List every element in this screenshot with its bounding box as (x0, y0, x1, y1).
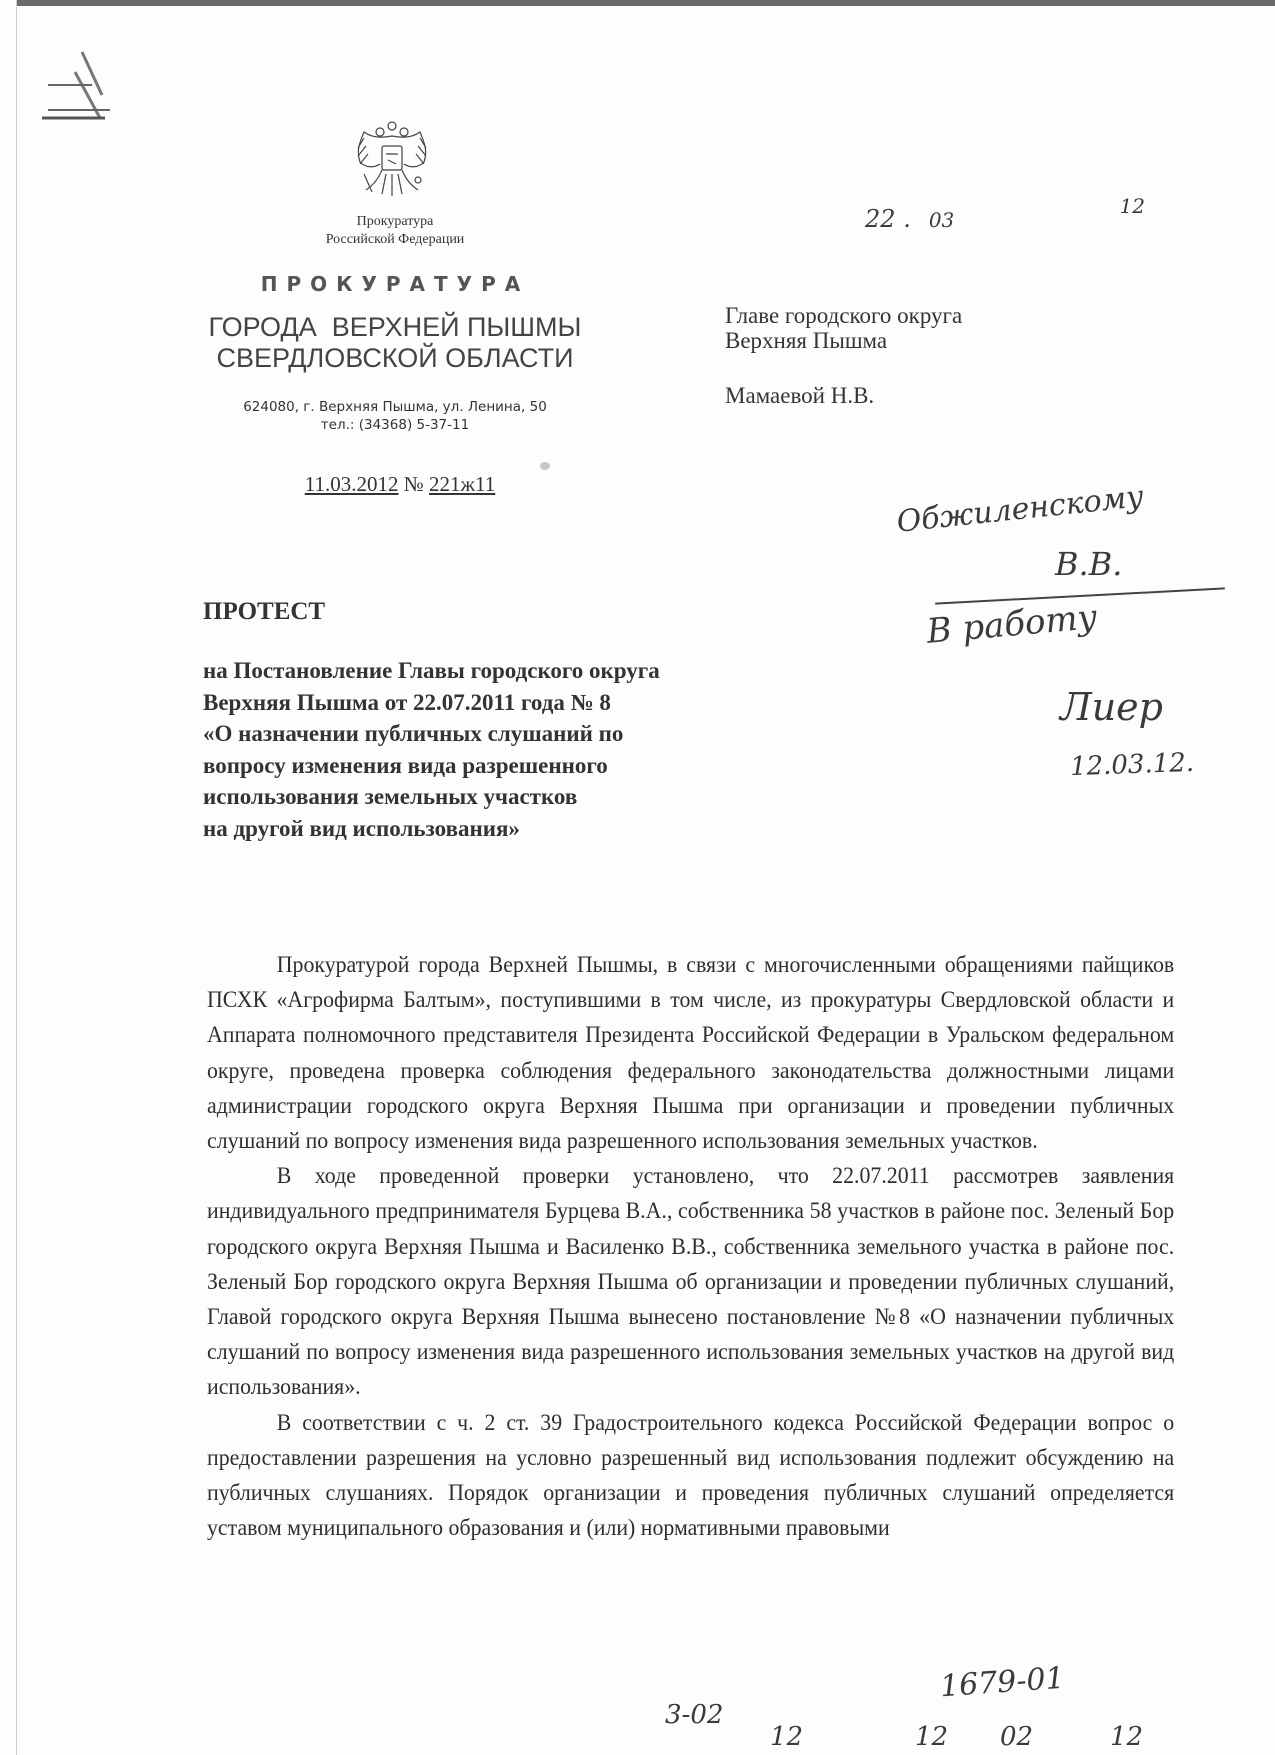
registration-code: 3-02 (665, 1700, 723, 1730)
margin-pencil-mark-icon (20, 40, 110, 130)
stamp-year: 12 (1120, 194, 1145, 218)
document-body: Прокуратурой города Верхней Пышмы, в свя… (207, 948, 1174, 1546)
resolution-recipient: Обжиленскому (895, 479, 1145, 540)
addressee-line1: Главе городского округа (725, 303, 962, 328)
scan-left-edge (16, 0, 17, 1755)
number-sign: № (404, 472, 424, 496)
subject-line: использования земельных участков (203, 781, 660, 813)
subject-line: «О назначении публичных слушаний по (203, 718, 660, 750)
resolution-instruction: В работу (925, 597, 1099, 652)
scan-speck (540, 462, 550, 470)
scan-top-border (16, 0, 1275, 6)
body-paragraph: В соответствии с ч. 2 ст. 39 Градостроит… (207, 1406, 1174, 1547)
document-date: 11.03.2012 (305, 472, 399, 496)
subject-line: на Постановление Главы городского округа (203, 655, 660, 687)
incoming-date-stamp: 22 . 03 12 (865, 205, 1145, 233)
org-phone: тел.: (34368) 5-37-11 (185, 416, 605, 434)
addressee-name: Мамаевой Н.В. (725, 383, 874, 409)
document-subject: на Постановление Главы городского округа… (203, 655, 660, 844)
registration-mark: 02 (1000, 1722, 1033, 1752)
stamp-day: 22 (865, 205, 896, 233)
registration-mark: 12 (770, 1722, 803, 1752)
org-city-line1: ГОРОДА ВЕРХНЕЙ ПЫШМЫ (175, 312, 615, 343)
document-number-line: 11.03.2012 № 221ж11 (270, 472, 530, 497)
subject-line: на другой вид использования» (203, 813, 660, 845)
org-contacts: 624080, г. Верхняя Пышма, ул. Ленина, 50… (185, 398, 605, 434)
org-name-small-line1: Прокуратура (270, 213, 520, 231)
stamp-month: 03 (929, 208, 954, 232)
handwritten-signature: Лиер (1060, 685, 1163, 729)
registration-mark: 12 (915, 1722, 948, 1752)
body-paragraph: В ходе проведенной проверки установлено,… (207, 1159, 1174, 1405)
subject-line: Верхняя Пышма от 22.07.2011 года № 8 (203, 687, 660, 719)
body-paragraph: Прокуратурой города Верхней Пышмы, в свя… (207, 948, 1174, 1159)
org-title: ПРОКУРАТУРА (240, 272, 550, 296)
registration-number: 1679-01 (939, 1661, 1066, 1705)
registration-mark: 12 (1110, 1722, 1143, 1752)
russian-coat-of-arms-icon (352, 118, 432, 200)
org-name-small-line2: Российской Федерации (270, 231, 520, 249)
addressee-line2: Верхняя Пышма (725, 328, 962, 353)
resolution-initials: В.В. (1055, 545, 1122, 583)
resolution-date: 12.03.12. (1070, 748, 1195, 782)
subject-line: вопросу изменения вида разрешенного (203, 750, 660, 782)
document-number: 221ж11 (429, 472, 495, 496)
org-city-block: ГОРОДА ВЕРХНЕЙ ПЫШМЫ СВЕРДЛОВСКОЙ ОБЛАСТ… (175, 312, 615, 374)
org-city-line2: СВЕРДЛОВСКОЙ ОБЛАСТИ (175, 343, 615, 374)
addressee-block: Главе городского округа Верхняя Пышма (725, 303, 962, 353)
org-address: 624080, г. Верхняя Пышма, ул. Ленина, 50 (185, 398, 605, 416)
document-title: ПРОТЕСТ (203, 598, 325, 626)
